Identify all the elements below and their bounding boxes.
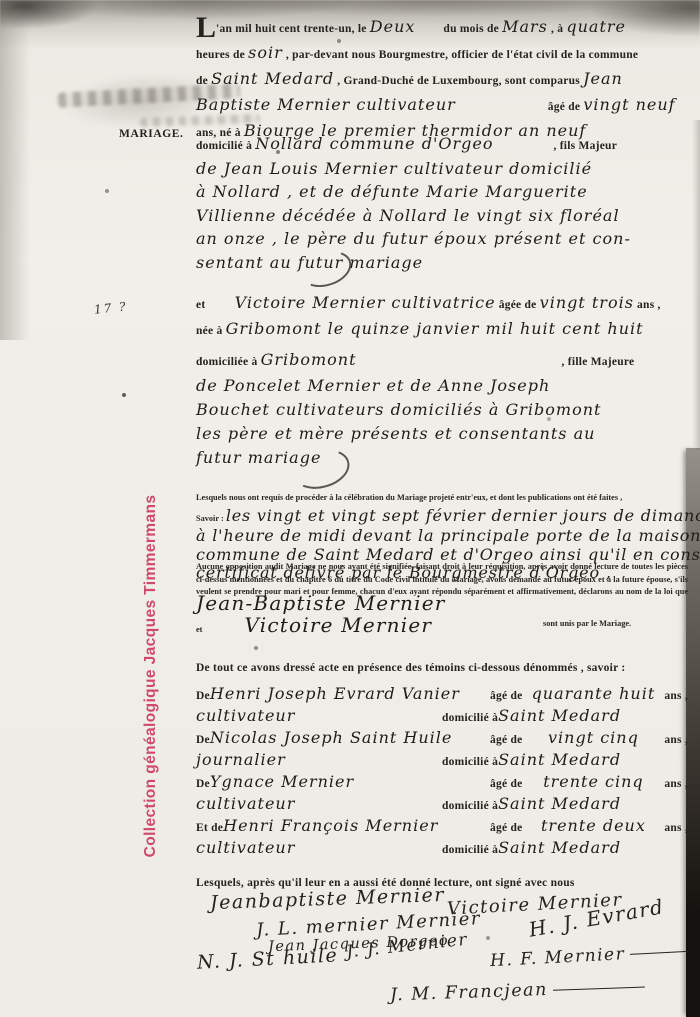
witness-name-line: De Ygnace Mernier âgé de trente cinqans … xyxy=(196,772,688,794)
handwritten-text: à Nollard , et de défunte Marie Margueri… xyxy=(196,182,588,201)
witness-name: Henri François Mernier xyxy=(223,816,490,835)
witness-entry: Et de Henri François Mernier âgé de tren… xyxy=(196,816,688,859)
printed-text: , fils Majeur xyxy=(553,140,617,152)
printed-text: Savoir : xyxy=(196,514,226,523)
printed-text: , fille Majeure xyxy=(562,356,635,368)
handwritten-text: an onze , le père du futur époux présent… xyxy=(196,229,631,248)
handwritten-text: Gribomont le quinze janvier mil huit cen… xyxy=(226,319,644,338)
witness-name-line: De Henri Joseph Evrard Vanier âgé de qua… xyxy=(196,684,688,706)
handwritten-text: Victoire Mernier cultivatrice xyxy=(235,293,496,312)
domicile-label: domicilié à xyxy=(442,844,498,856)
handwritten-text: les vingt et vingt sept février dernier … xyxy=(226,506,700,525)
bride-domicile-paragraph: domiciliée à Gribomont, fille Majeurede … xyxy=(196,348,688,470)
handwritten-text: Nollard commune d'Orgeo xyxy=(255,134,493,153)
witness-occupation: cultivateur xyxy=(196,706,442,725)
witness-entry: De Henri Joseph Evrard Vanier âgé de qua… xyxy=(196,684,688,727)
witness-name-line: Et de Henri François Mernier âgé de tren… xyxy=(196,816,688,838)
printed-text: L xyxy=(196,11,216,44)
witness-name: Henri Joseph Evrard Vanier xyxy=(210,684,490,703)
age-label: âgé de xyxy=(490,822,522,834)
printed-text: domicilié à xyxy=(196,140,255,152)
collection-watermark: Collection généalogique Jacques Timmerma… xyxy=(142,495,160,858)
handwritten-text: Saint Medard xyxy=(211,69,334,88)
witness-name-line: De Nicolas Joseph Saint Huile âgé de vin… xyxy=(196,728,688,750)
scanned-marriage-record: Collection généalogique Jacques Timmerma… xyxy=(0,0,700,1017)
witness-list: De Henri Joseph Evrard Vanier âgé de qua… xyxy=(196,684,688,860)
witness-place: Saint Medard xyxy=(498,794,621,813)
signature-witness: N. J. St huile xyxy=(197,944,339,973)
witness-place: Saint Medard xyxy=(498,706,621,725)
handwritten-text: à l'heure de midi devant la principale p… xyxy=(196,526,700,545)
witness-place: Saint Medard xyxy=(498,750,621,769)
handwritten-text: Gribomont xyxy=(261,350,357,369)
margin-handwritten-note: 17 ? xyxy=(93,299,128,316)
witness-place: Saint Medard xyxy=(498,838,621,857)
scan-edge-left xyxy=(0,0,30,340)
printed-text: âgé de xyxy=(548,101,584,113)
witness-prefix: De xyxy=(196,734,210,746)
witness-name: Ygnace Mernier xyxy=(210,772,490,791)
signature-witness: H. F. Mernier xyxy=(490,941,689,971)
handwritten-text: Deux xyxy=(370,17,416,36)
ans-label: ans , xyxy=(664,822,688,834)
witness-entry: De Ygnace Mernier âgé de trente cinqans … xyxy=(196,772,688,815)
handwritten-text: soir xyxy=(248,43,283,62)
groom-paragraph: domicilié à Nollard commune d'Orgeo, fil… xyxy=(196,133,688,275)
witness-occupation: cultivateur xyxy=(196,838,442,857)
printed-text: , à xyxy=(548,23,567,35)
margin-label-mariage: MARIAGE. xyxy=(119,128,184,140)
union-closing-text: sont unis par le Mariage. xyxy=(543,619,631,628)
handwritten-text: Jean-Baptiste Mernier xyxy=(196,591,446,615)
handwritten-text: vingt neuf xyxy=(583,95,675,114)
handwritten-text: sentant au futur mariage xyxy=(196,253,423,272)
witness-occupation: cultivateur xyxy=(196,794,442,813)
handwritten-text: quatre xyxy=(566,17,626,36)
printed-text: ans , xyxy=(634,299,661,311)
ans-label: ans , xyxy=(664,690,688,702)
witness-domicile-line: journalier domicilié à Saint Medard xyxy=(196,750,688,772)
witness-age: trente cinq xyxy=(522,772,664,791)
ink-specks xyxy=(0,0,2,2)
ans-label: ans , xyxy=(664,778,688,790)
printed-text: 'an mil huit cent trente-un, le xyxy=(216,23,370,35)
ans-label: ans , xyxy=(664,734,688,746)
printed-text: heures de xyxy=(196,49,248,61)
printed-text: Lesquels nous ont requis de procéder à l… xyxy=(196,493,622,502)
witness-age: quarante huit xyxy=(522,684,664,703)
domicile-label: domicilié à xyxy=(442,756,498,768)
witness-prefix: De xyxy=(196,778,210,790)
witness-entry: De Nicolas Joseph Saint Huile âgé de vin… xyxy=(196,728,688,771)
handwritten-text: Jean xyxy=(583,69,623,88)
handwritten-text: de Jean Louis Mernier cultivateur domici… xyxy=(196,159,592,178)
printed-text: , par-devant nous Bourgmestre, officier … xyxy=(283,49,639,61)
domicile-label: domicilié à xyxy=(442,712,498,724)
handwritten-text: Bouchet cultivateurs domiciliés à Gribom… xyxy=(196,400,601,419)
printed-text: du mois de xyxy=(443,23,502,35)
opposition-paragraph: Aucune opposition audit Mariage ne nous … xyxy=(196,560,688,611)
act-opening-paragraph: L'an mil huit cent trente-un, le Deuxdu … xyxy=(196,15,688,145)
handwritten-text: Victoire Mernier xyxy=(244,613,432,637)
handwritten-text: futur mariage xyxy=(196,448,321,467)
printed-text: de xyxy=(196,75,211,87)
handwritten-text: Mars xyxy=(502,17,548,36)
witness-name: Nicolas Joseph Saint Huile xyxy=(210,728,490,747)
handwritten-text: de Poncelet Mernier et de Anne Joseph xyxy=(196,376,550,395)
printed-text: domiciliée à xyxy=(196,356,261,368)
signature-officer: J. M. Francjean xyxy=(390,977,645,1006)
witness-prefix: De xyxy=(196,690,210,702)
printed-text: , Grand-Duché de Luxembourg, sont compar… xyxy=(334,75,583,87)
printed-text: âgée de xyxy=(496,299,540,311)
witness-age: trente deux xyxy=(522,816,664,835)
age-label: âgé de xyxy=(490,690,522,702)
witness-intro: De tout ce avons dressé acte en présence… xyxy=(196,662,688,674)
handwritten-text: les père et mère présents et consentants… xyxy=(196,424,595,443)
witness-occupation: journalier xyxy=(196,750,442,769)
witness-age: vingt cinq xyxy=(522,728,664,747)
printed-text: et xyxy=(196,299,209,311)
printed-text: née à xyxy=(196,325,226,337)
scan-edge-right xyxy=(692,120,700,450)
age-label: âgé de xyxy=(490,734,522,746)
witness-domicile-line: cultivateur domicilié à Saint Medard xyxy=(196,706,688,728)
witness-prefix: Et de xyxy=(196,822,223,834)
handwritten-text: Baptiste Mernier cultivateur xyxy=(196,95,456,114)
handwritten-text: vingt trois xyxy=(540,293,634,312)
bride-intro-paragraph: et Victoire Mernier cultivatrice âgée de… xyxy=(196,291,688,343)
age-label: âgé de xyxy=(490,778,522,790)
handwritten-text: Villienne décédée à Nollard le vingt six… xyxy=(196,206,620,225)
witness-domicile-line: cultivateur domicilié à Saint Medard xyxy=(196,838,688,860)
witness-domicile-line: cultivateur domicilié à Saint Medard xyxy=(196,794,688,816)
domicile-label: domicilié à xyxy=(442,800,498,812)
printed-text: et xyxy=(196,625,202,634)
